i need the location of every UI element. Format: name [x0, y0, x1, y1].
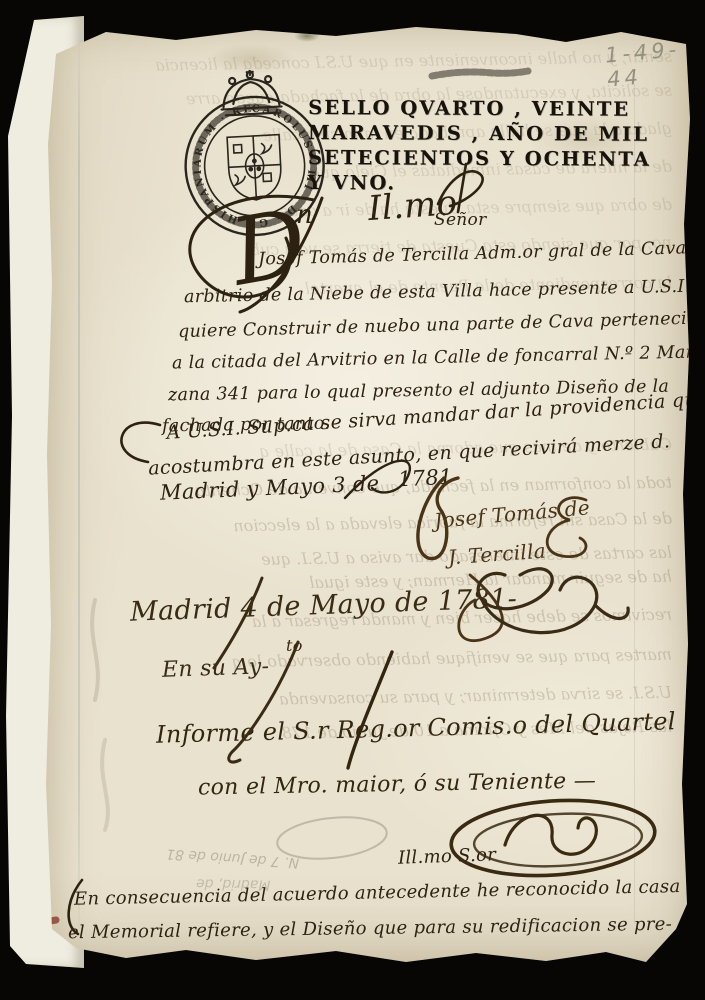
request-a-flourish [121, 423, 160, 462]
document-page: sentir, y no halle inconveniente en que … [46, 24, 690, 964]
initial-flourish [190, 196, 322, 312]
oval-rubric [449, 794, 658, 882]
stray-stroke [348, 652, 392, 768]
margin-bleed-mark [102, 740, 108, 830]
document-scan: sentir, y no halle inconveniente en que … [0, 0, 705, 1000]
decree-four-stroke [214, 578, 262, 668]
pen-flourish [438, 164, 483, 212]
ink-flourishes [46, 24, 690, 964]
smudged-stamp-mark [432, 71, 528, 76]
signature-j-flourish [418, 478, 458, 559]
date-swash [345, 461, 410, 498]
signature-e-flourish [547, 498, 586, 557]
session-y-flourish [229, 642, 298, 762]
margin-bleed-mark [92, 600, 98, 700]
decree-rubric [478, 569, 628, 633]
report-e-flourish [69, 880, 82, 934]
pencil-scribble [275, 812, 389, 863]
